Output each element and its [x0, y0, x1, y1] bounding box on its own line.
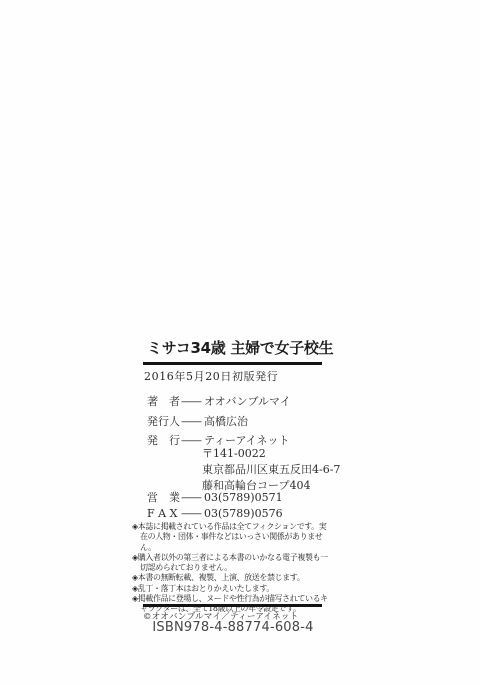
isbn-number: ISBN978-4-88774-608-4	[143, 620, 323, 635]
title-divider	[143, 362, 322, 365]
sales-phone: 03(5789)0571	[204, 490, 283, 506]
notice-text: 本誌に掲載されている作品は全てフィクションです。実在の人物・団体・事件などはいっ…	[138, 522, 327, 552]
address-line-1: 東京都品川区東五反田4-6-7	[202, 462, 340, 478]
author-value: オオバンブルマイ	[204, 392, 291, 412]
edition-date: 2016年5月20日初版発行	[144, 368, 278, 384]
notice-fiction: ◈本誌に掲載されている作品は全てフィクションです。実在の人物・団体・事件などはい…	[132, 522, 330, 553]
publisher-info: 著 者——オオバンブルマイ 発行人——高橋広治 発 行——ティーアイネット	[147, 392, 291, 451]
notice-digital-copy: ◈購入者以外の第三者による本書のいかなる電子複製も一切認められておりません。	[132, 553, 330, 574]
notice-text: 本書の無断転載、複製、上演、放送を禁じます。	[138, 573, 305, 582]
fax-row: F A X——03(5789)0576	[147, 506, 283, 522]
sales-phone-row: 営 業——03(5789)0571	[147, 490, 283, 506]
publisher-address: 〒141-0022 東京都品川区東五反田4-6-7 藤和高輪台コープ404	[202, 446, 340, 494]
fax-label: F A X	[147, 506, 181, 522]
postal-code: 〒141-0022	[202, 446, 340, 462]
author-row: 著 者——オオバンブルマイ	[147, 392, 291, 412]
leader-dash: ——	[181, 431, 201, 451]
book-title: ミサコ34歳 主婦で女子校生	[147, 337, 333, 358]
contact-info: 営 業——03(5789)0571 F A X——03(5789)0576	[147, 490, 283, 521]
leader-dash: ——	[181, 392, 201, 412]
legal-notices: ◈本誌に掲載されている作品は全てフィクションです。実在の人物・団体・事件などはい…	[132, 522, 330, 615]
fax-number: 03(5789)0576	[204, 506, 283, 522]
leader-dash: ——	[181, 490, 201, 506]
author-label: 著 者	[147, 392, 181, 412]
notice-text: 乱丁・落丁本はおとりかえいたします。	[138, 584, 274, 593]
notice-text: 購入者以外の第三者による本書のいかなる電子複製も一切認められておりません。	[138, 553, 328, 572]
notice-reproduction: ◈本書の無断転載、複製、上演、放送を禁じます。	[132, 573, 330, 583]
footer-divider	[143, 604, 322, 607]
leader-dash: ——	[181, 412, 201, 432]
publisher-label: 発 行	[147, 431, 181, 451]
issuer-value: 高橋広治	[204, 412, 248, 432]
leader-dash: ——	[181, 506, 201, 522]
notice-defective-copies: ◈乱丁・落丁本はおとりかえいたします。	[132, 584, 330, 594]
issuer-label: 発行人	[147, 412, 181, 432]
sales-label: 営 業	[147, 490, 181, 506]
issuer-row: 発行人——高橋広治	[147, 412, 291, 432]
colophon-page: ミサコ34歳 主婦で女子校生 2016年5月20日初版発行 著 者——オオバンブ…	[0, 0, 480, 685]
